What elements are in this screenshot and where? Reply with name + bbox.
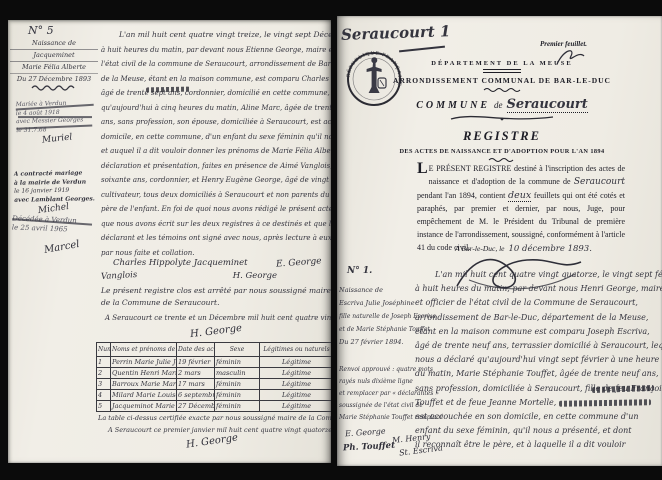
act-line: cultivateur, tous deux domiciliés à Sera…: [101, 188, 331, 203]
note-signature: E. George: [345, 427, 386, 439]
act-line: père de l'enfant. En foi de quoi nous av…: [101, 202, 331, 217]
act-line: étant en la maison commune est comparu J…: [415, 325, 662, 339]
pen-stroke: [399, 46, 445, 53]
cell-date: 17 mars: [177, 379, 215, 390]
cell-statut: Légitime: [260, 379, 332, 390]
cell-name: Milard Marie Louise Juliette: [111, 390, 177, 401]
act-line: L'an mil huit cent quatre vingt quatorze…: [415, 268, 662, 282]
cell-date: 19 février: [177, 357, 215, 368]
cell-date: 27 Décembre: [177, 401, 215, 412]
col-header-noms: Noms et prénoms de l'enfant: [111, 343, 177, 357]
table-certification-line: La table ci-dessus certifiée exacte par …: [98, 414, 331, 422]
cell-num: 4: [97, 390, 111, 401]
act-line: du matin, Marie Stéphanie Touffet, âgée …: [415, 367, 662, 381]
commune-de: de: [494, 100, 503, 110]
cell-num: 1: [97, 357, 111, 368]
act-line: âgé de trente sept ans, cordonnier, domi…: [101, 86, 331, 101]
act-line: et auquel il a dit vouloir donner les pr…: [101, 144, 331, 159]
table-row: 5 Jacqueminot Marie Félia Alberte 27 Déc…: [97, 401, 332, 412]
col-header-sexe: Sexe: [215, 343, 260, 357]
table-certification-line: A Seraucourt ce premier janvier mil huit…: [108, 426, 331, 434]
act-line: âgé de trente neuf ans, terrassier domic…: [415, 339, 662, 353]
departement-label: DÉPARTEMENT DE LA MEUSE: [372, 60, 632, 67]
registre-subtitle: DES ACTES DE NAISSANCE ET D'ADOPTION POU…: [372, 148, 632, 155]
mayor-signature: H. George: [185, 432, 238, 450]
note-line: soussignée de l'état civil de: [339, 400, 443, 412]
table-header-row: Numéros Noms et prénoms de l'enfant Date…: [97, 343, 332, 357]
act-line: et officier de l'état civil de la Commun…: [415, 296, 662, 310]
table-row: 2 Quentin Henri Marin 2 mars masculin Lé…: [97, 368, 332, 379]
col-header-statut: Légitimes ou naturels: [260, 343, 332, 357]
cell-statut: Légitime: [260, 357, 332, 368]
act-line: à huit heures du matin, par devant nous …: [101, 43, 331, 58]
cell-date: 2 mars: [177, 368, 215, 379]
preamble-text: pendant l'an 1894, contient: [417, 191, 505, 200]
marginal-correction-note: Renvoi approuvé : quatre mots rayés nuls…: [339, 364, 443, 424]
note-line: Renvoi approuvé : quatre mots: [339, 364, 443, 376]
act-line: déclaration et présentation, faites en p…: [101, 159, 331, 174]
margin-title-line: Naissance de: [10, 38, 98, 50]
act-line: ans, sans profession, son épouse, domici…: [101, 115, 331, 130]
births-table: Numéros Noms et prénoms de l'enfant Date…: [96, 342, 331, 412]
registre-title: REGISTRE: [372, 129, 632, 144]
commune-name-handwritten: Seraucourt: [507, 97, 588, 113]
note-line: et remplacer par « déclarantes »: [339, 388, 443, 400]
marginal-mention-3: Décédée à Verdun le 25 avril 1965: [12, 214, 101, 234]
left-page-scan: N° 5 Naissance de Jacqueminet Marie Féli…: [8, 20, 331, 463]
cell-sexe: féminin: [215, 390, 260, 401]
mention-1-signature: Muriel: [42, 132, 73, 145]
ink-strikethrough: [146, 87, 190, 93]
act-line: l'état civil de la commune de Seraucourt…: [101, 57, 331, 72]
cell-statut: Légitime: [260, 368, 332, 379]
cell-statut: Légitime: [260, 390, 332, 401]
marginal-mention-2: A contracté mariage à la mairie de Verdu…: [14, 169, 101, 204]
closing-dateline: A Seraucourt ce trente et un Décembre mi…: [105, 314, 331, 322]
col-header-date: Date des actes: [177, 343, 215, 357]
right-page-scan: Seraucourt 1 RÉPUBLIQUE FRANÇAISE Premie…: [337, 16, 662, 466]
act-line: il reconnaît être le père, et à laquelle…: [415, 438, 662, 452]
register-closing-line: Le présent registre clos est arrêté par …: [101, 286, 331, 295]
note-line: rayés nuls dixième ligne: [339, 376, 443, 388]
swash-ornament-icon: [447, 114, 557, 123]
mayor-signature: E. George: [276, 256, 322, 269]
marginal-mention-1: Mariée à Verdun le 4 août 1918 avec Mess…: [16, 99, 101, 135]
act-line: est accouchée en son domicile, en cette …: [415, 410, 662, 424]
cell-name: Barroux Marie Marthe: [111, 379, 177, 390]
cell-num: 5: [97, 401, 111, 412]
ink-strikethrough: [18, 116, 92, 118]
act-signature-row-1: Charles Hippolyte Jacqueminet E. George: [101, 258, 331, 268]
act-line: soixante ans, cordonnier, et Henry Eugèn…: [101, 173, 331, 188]
note-line: Marie Stéphanie Touffet remplacé par †: [339, 412, 443, 424]
commune-line: COMMUNE de Seraucourt: [372, 95, 632, 113]
mention-3-signature: Marcel: [43, 239, 80, 256]
commune-word: COMMUNE: [416, 100, 490, 111]
margin-act-title: Naissance de Jacqueminet Marie Félia Alb…: [10, 38, 98, 85]
register-closing-line: de la Commune de Seraucourt.: [101, 298, 219, 307]
note-signature: St. Escriva: [399, 443, 444, 457]
birth-act-no1-text: L'an mil huit cent quatre vingt quatorze…: [415, 268, 662, 452]
note-signature: Ph. Touffet: [343, 441, 396, 454]
handwritten-commune: Seraucourt: [574, 177, 625, 187]
act-number-right: N° 1.: [347, 266, 372, 276]
cell-sexe: féminin: [215, 401, 260, 412]
cell-name: Perrin Marie Julie Jeanne: [111, 357, 177, 368]
handwritten-page-label: Seraucourt 1: [341, 22, 451, 44]
act-line: domicile, en cette commune, d'un enfant …: [101, 130, 331, 145]
act-line: de la Meuse, étant en la maison commune,…: [101, 72, 331, 87]
act-line: L'an mil huit cent quatre vingt treize, …: [101, 28, 331, 43]
birth-act-no5-text: L'an mil huit cent quatre vingt treize, …: [101, 28, 331, 260]
act-line: que nous avons écrit sur les deux regist…: [101, 217, 331, 232]
act-signature-row-2: Vanglois H. George: [101, 271, 281, 281]
table-row: 4 Milard Marie Louise Juliette 6 septemb…: [97, 390, 332, 401]
margin-title-line: Marie Félia Alberte: [10, 62, 98, 74]
cell-name: Quentin Henri Marin: [111, 368, 177, 379]
act-line: déclarant et les témoins ont signé avec …: [101, 231, 331, 246]
cell-name: Jacqueminot Marie Félia Alberte: [111, 401, 177, 412]
mayor-signature: H. George: [190, 323, 243, 340]
ornament-squiggle-icon: [482, 86, 522, 93]
act-line: qu'aujourd'hui à cinq heures du matin, A…: [101, 101, 331, 116]
header-rule: [483, 69, 521, 73]
cell-sexe: masculin: [215, 368, 260, 379]
table-row: 3 Barroux Marie Marthe 17 mars féminin L…: [97, 379, 332, 390]
act-number-left: N° 5: [28, 24, 54, 37]
cell-num: 2: [97, 368, 111, 379]
scanned-register-spread: N° 5 Naissance de Jacqueminet Marie Féli…: [0, 0, 662, 480]
act-line: enfant du sexe féminin, qu'il nous a pré…: [415, 424, 662, 438]
declarant-signature: Charles Hippolyte Jacqueminet: [113, 258, 248, 268]
cell-sexe: féminin: [215, 357, 260, 368]
witness-signature: Vanglois: [101, 270, 138, 282]
margin-divider-squiggle: [30, 84, 80, 92]
handwritten-count: deux: [508, 190, 531, 202]
arrondissement-label: ARRONDISSEMENT COMMUNAL DE BAR-LE-DUC: [372, 76, 632, 85]
printed-header: DÉPARTEMENT DE LA MEUSE ARRONDISSEMENT C…: [372, 60, 632, 163]
col-header-numeros: Numéros: [97, 343, 111, 357]
margin-title-line: Jacqueminet: [10, 50, 98, 62]
act-line: arrondissement de Bar-le-Duc, départemen…: [415, 311, 662, 325]
drop-cap: L: [417, 162, 428, 176]
cell-statut: Légitime: [260, 401, 332, 412]
act-line: nous a déclaré qu'aujourd'hui vingt sept…: [415, 353, 662, 367]
births-table-container: Numéros Noms et prénoms de l'enfant Date…: [96, 342, 331, 412]
act-line: à huit heures du matin, par devant nous …: [415, 282, 662, 296]
cell-num: 3: [97, 379, 111, 390]
cell-date: 6 septembre: [177, 390, 215, 401]
witness-signature: H. George: [233, 271, 277, 281]
cell-sexe: féminin: [215, 379, 260, 390]
table-row: 1 Perrin Marie Julie Jeanne 19 février f…: [97, 357, 332, 368]
